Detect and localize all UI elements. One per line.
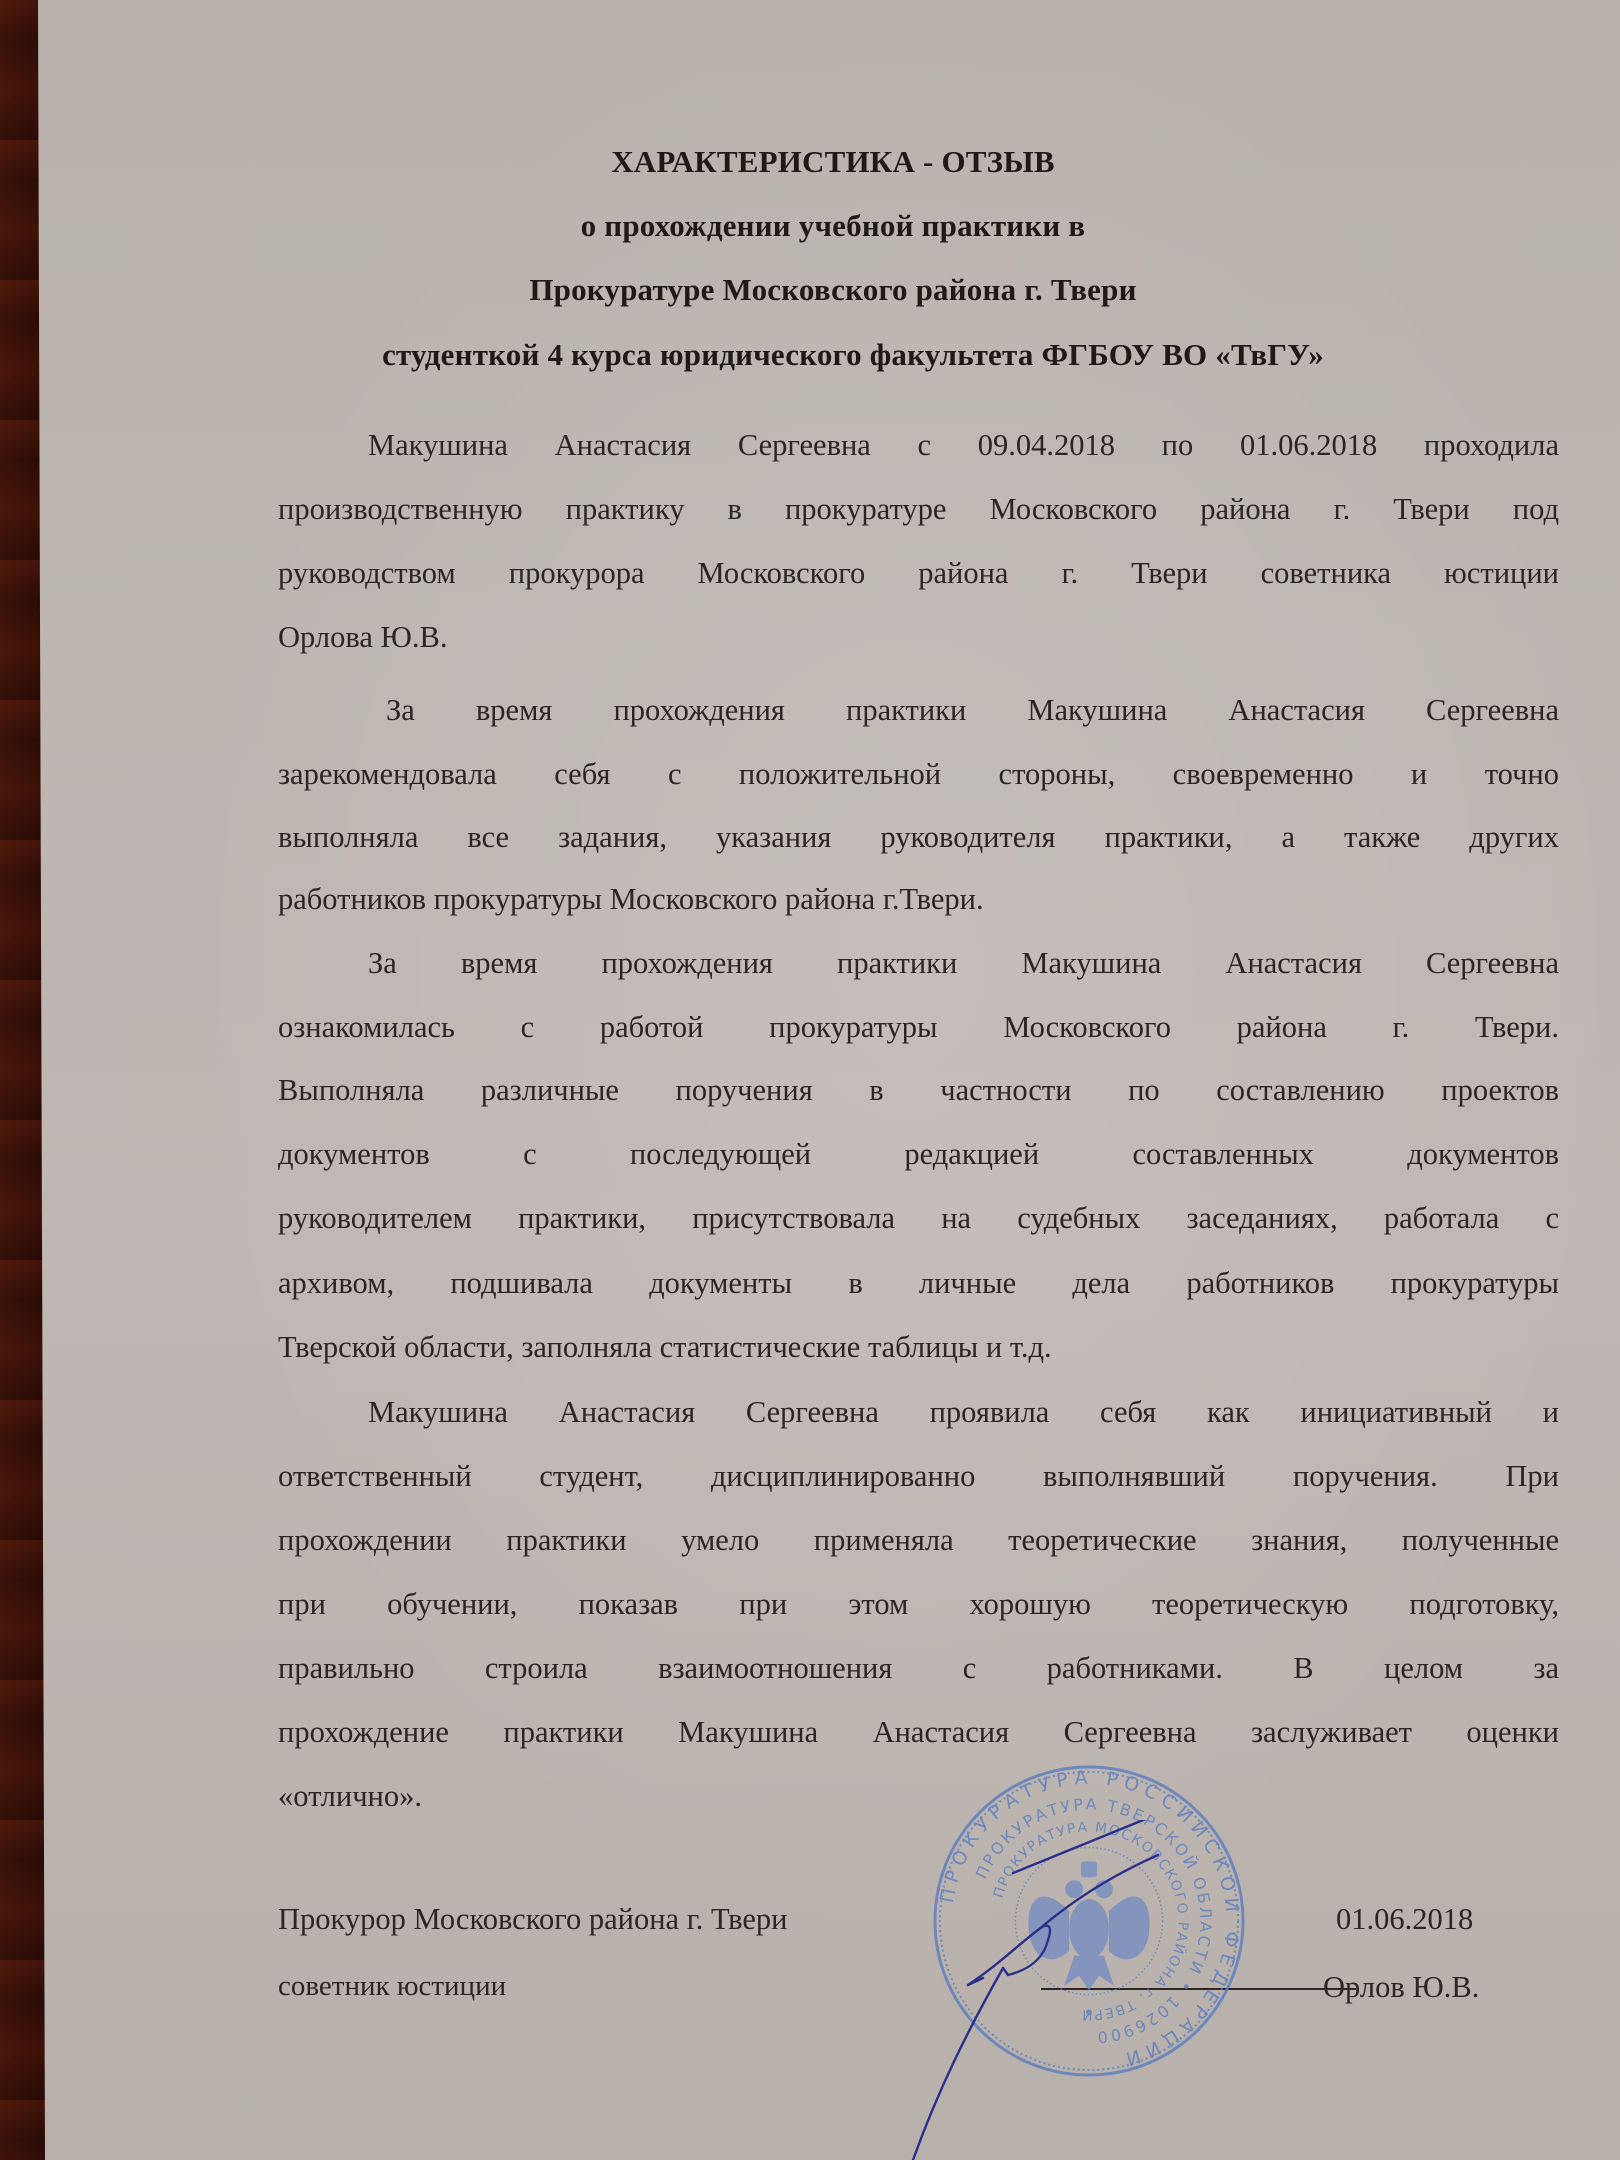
document-page: ХАРАКТЕРИСТИКА - ОТЗЫВ о прохождении уче… [38, 0, 1620, 2160]
text-line: при обучении, показав при этом хорошую т… [278, 1586, 1559, 1622]
document-subtitle-line-1: о прохождении учебной практики в [42, 208, 1620, 244]
text-line: работников прокуратуры Московского район… [278, 881, 1559, 917]
text-line: Тверской области, заполняла статистическ… [278, 1329, 1559, 1365]
text-line: «отлично». [278, 1778, 1559, 1814]
document-title: ХАРАКТЕРИСТИКА - ОТЗЫВ [42, 144, 1620, 180]
text-line: Макушина Анастасия Сергеевна с 09.04.201… [368, 427, 1559, 463]
text-line: Орлова Ю.В. [278, 619, 1559, 655]
text-line: Макушина Анастасия Сергеевна проявила се… [368, 1394, 1559, 1430]
text-line: документов с последующей редакцией соста… [278, 1136, 1559, 1172]
document-subtitle-line-3: студенткой 4 курса юридического факульте… [62, 337, 1620, 373]
text-line: прохождении практики умело применяла тео… [278, 1522, 1559, 1558]
signatory-position: Прокурор Московского района г. Твери [278, 1902, 787, 1937]
signature-date: 01.06.2018 [1336, 1902, 1473, 1937]
text-line: правильно строила взаимоотношения с рабо… [278, 1650, 1559, 1686]
signatory-rank: советник юстиции [278, 1970, 506, 2003]
text-line: ознакомилась с работой прокуратуры Моско… [278, 1009, 1559, 1045]
text-line: За время прохождения практики Макушина А… [386, 692, 1559, 728]
text-line: производственную практику в прокуратуре … [278, 491, 1559, 527]
text-line: За время прохождения практики Макушина А… [368, 945, 1559, 981]
text-line: руководством прокурора Московского район… [278, 555, 1559, 591]
text-line: архивом, подшивала документы в личные де… [278, 1265, 1559, 1301]
text-line: прохождение практики Макушина Анастасия … [278, 1714, 1559, 1750]
text-line: Выполняла различные поручения в частност… [278, 1072, 1559, 1108]
text-line: руководителем практики, присутствовала н… [278, 1200, 1559, 1236]
text-line: зарекомендовала себя с положительной сто… [278, 756, 1559, 792]
text-line: выполняла все задания, указания руководи… [278, 819, 1559, 855]
document-subtitle-line-2: Прокуратуре Московского района г. Твери [42, 272, 1620, 308]
text-line: ответственный студент, дисциплинированно… [278, 1458, 1559, 1494]
handwritten-signature-icon [908, 1820, 1208, 2160]
